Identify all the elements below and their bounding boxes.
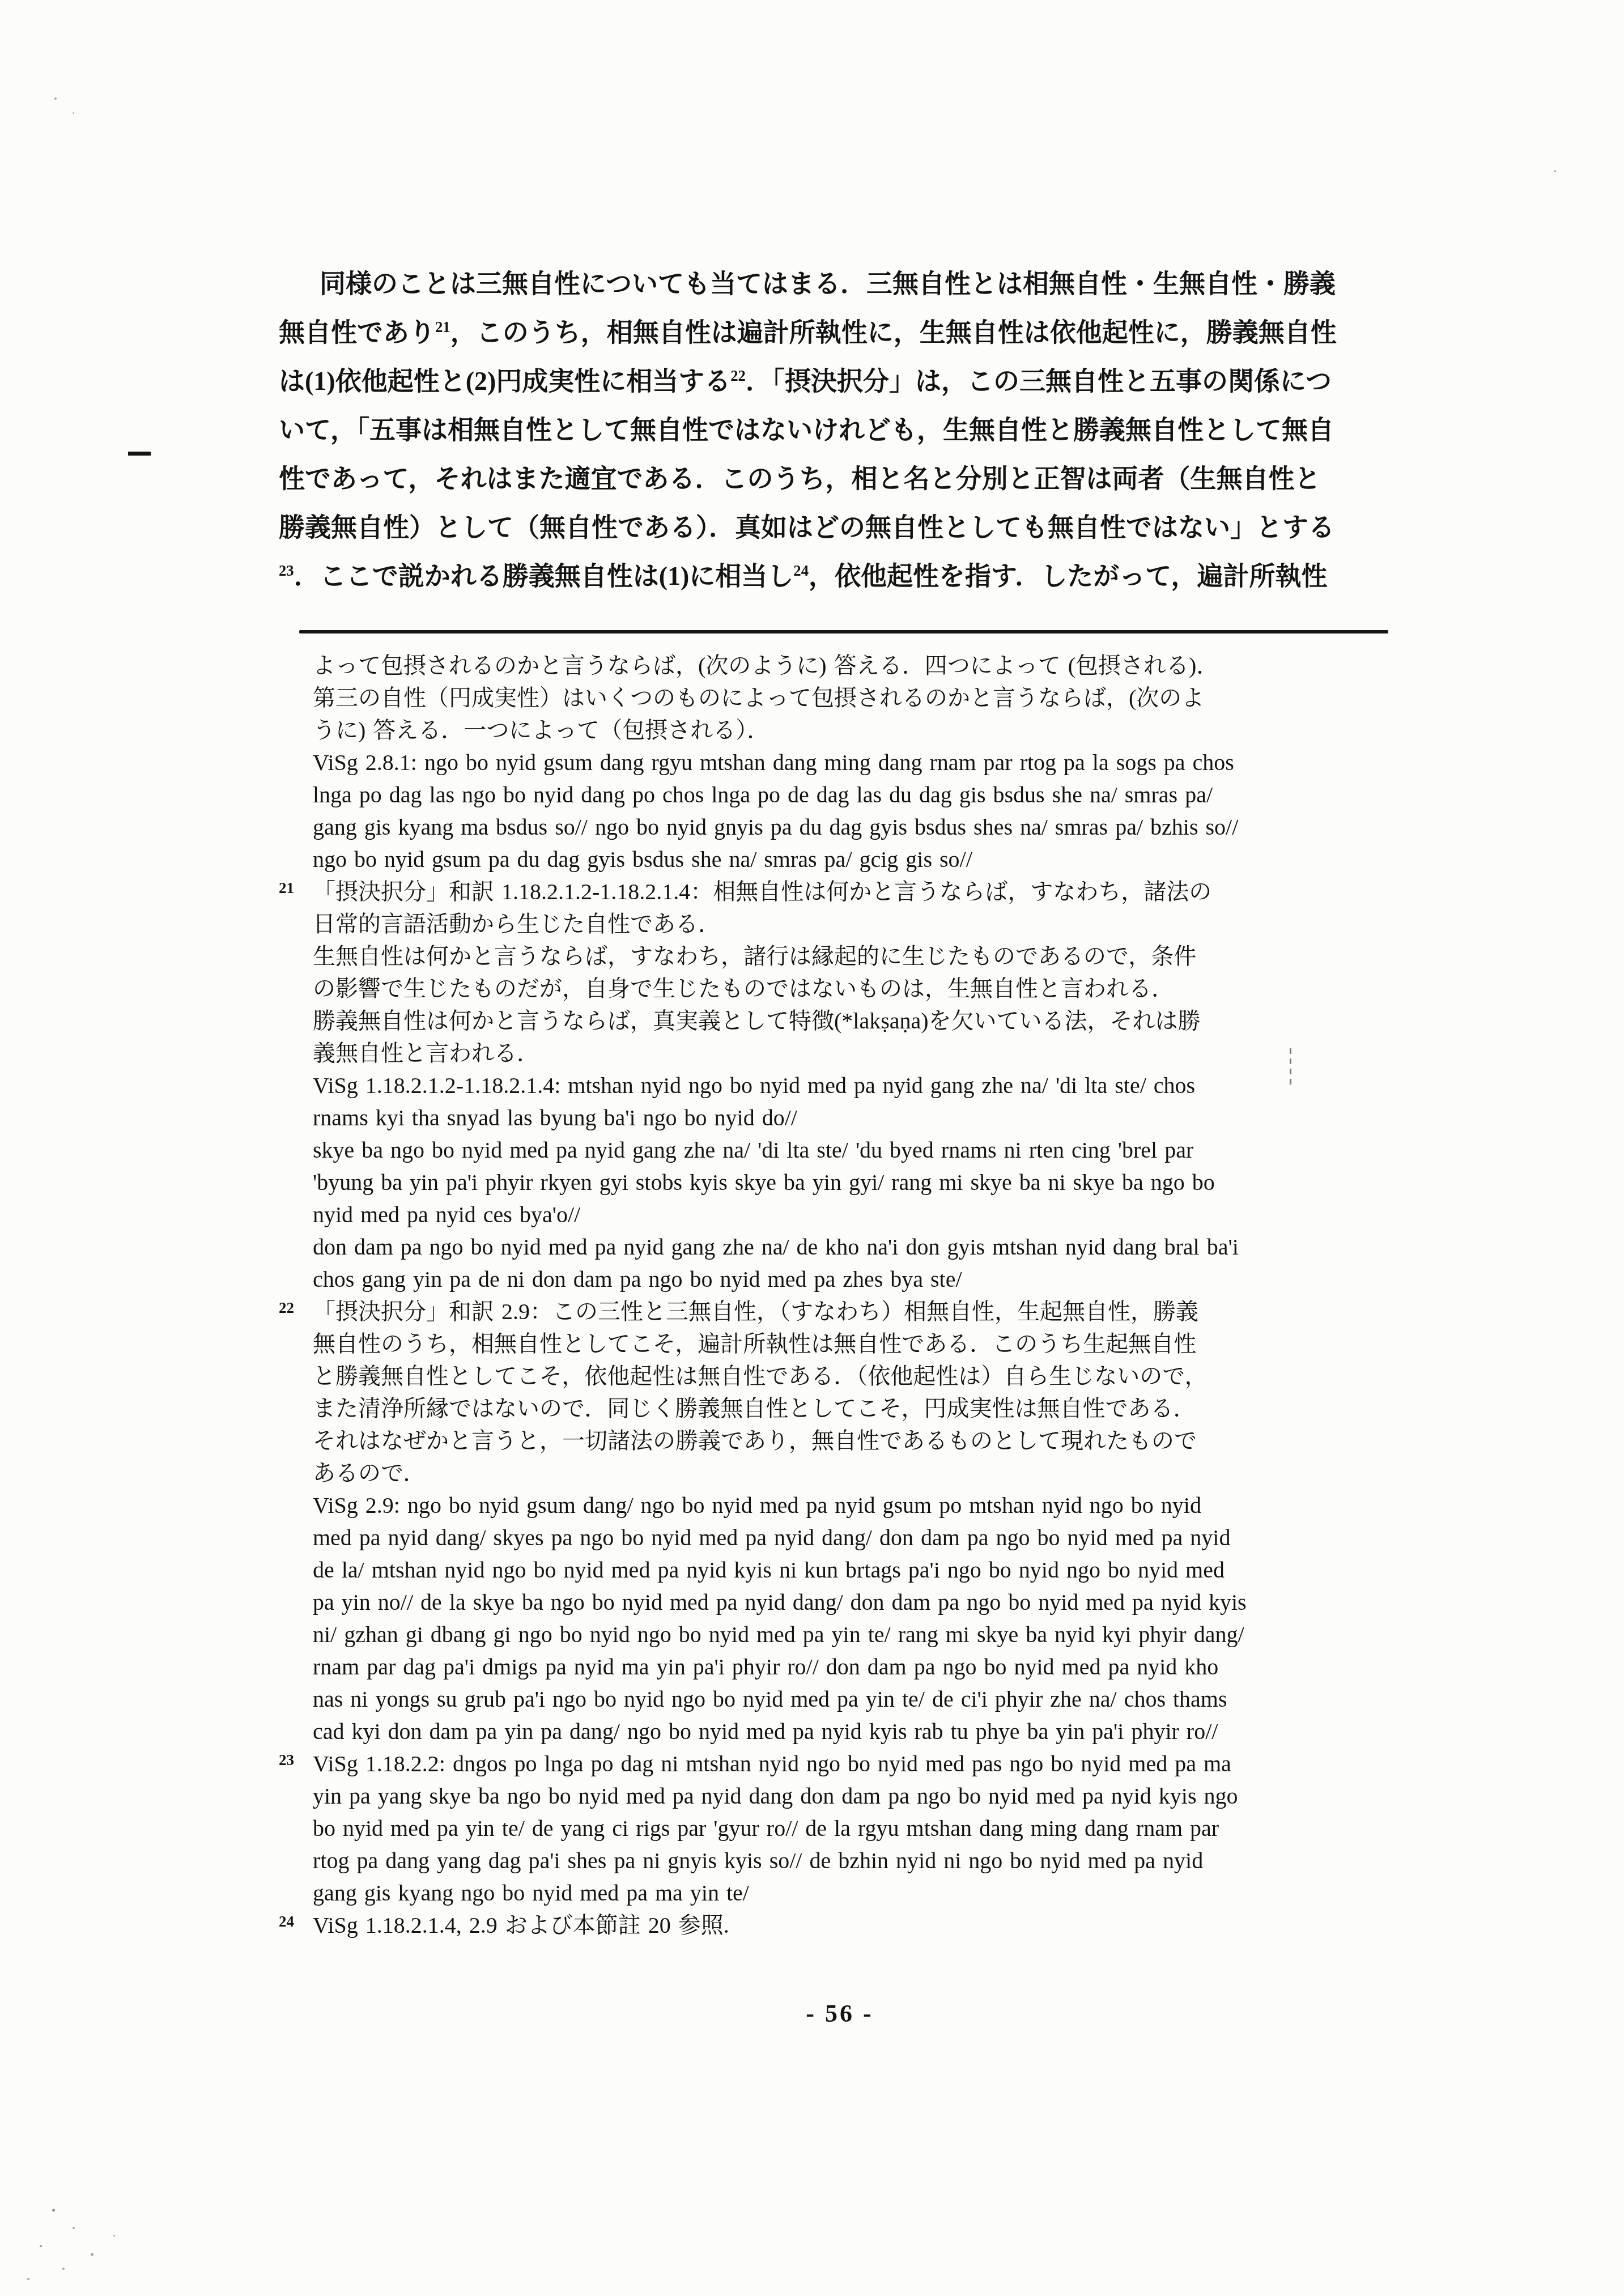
text-line: chos gang yin pa de ni don dam pa ngo bo… [313, 1263, 1412, 1295]
text-line: ViSg 2.8.1: ngo bo nyid gsum dang rgyu m… [313, 746, 1412, 779]
footnote-list: 21 「摂決択分」和訳 1.18.2.1.2-1.18.2.1.4：相無自性は何… [279, 875, 1412, 1941]
text-line: gang gis kyang ngo bo nyid med pa ma yin… [313, 1877, 1412, 1909]
text-line: 23．ここで説かれる勝義無自性は(1)に相当し24，依他起性を指す．したがって，… [279, 552, 1429, 601]
body-paragraph: 同様のことは三無自性についても当てはまる．三無自性とは相無自性・生無自性・勝義無… [279, 260, 1429, 601]
text-line: ngo bo nyid gsum pa du dag gyis bsdus sh… [313, 843, 1412, 875]
text-line: skye ba ngo bo nyid med pa nyid gang zhe… [313, 1134, 1412, 1166]
text-line: 同様のことは三無自性についても当てはまる．三無自性とは相無自性・生無自性・勝義 [279, 260, 1429, 308]
text-line: 'byung ba yin pa'i phyir rkyen gyi stobs… [313, 1166, 1412, 1198]
text-line: med pa nyid dang/ skyes pa ngo bo nyid m… [313, 1521, 1412, 1554]
footnote-text: ViSg 1.18.2.1.4, 2.9 および本節註 20 参照. [313, 1909, 1412, 1941]
text-line: 生無自性は何かと言うならば，すなわち，諸行は縁起的に生じたものであるので，条件 [313, 940, 1412, 972]
margin-mark [128, 452, 151, 456]
text-line: 日常的言語活動から生じた自性である． [313, 908, 1412, 940]
text-line: ni/ gzhan gi dbang gi ngo bo nyid ngo bo… [313, 1618, 1412, 1651]
scan-speck [73, 112, 74, 114]
text-line: rtog pa dang yang dag pa'i shes pa ni gn… [313, 1844, 1412, 1877]
footnote-separator [299, 630, 1388, 633]
footnote-number [279, 649, 313, 654]
scanned-page: 同様のことは三無自性についても当てはまる．三無自性とは相無自性・生無自性・勝義無… [0, 0, 1624, 2296]
text-line: pa yin no// de la skye ba ngo bo nyid me… [313, 1586, 1412, 1618]
footnote-item: 23 ViSg 1.18.2.2: dngos po lnga po dag n… [279, 1747, 1412, 1909]
scan-speck [40, 2245, 42, 2247]
scan-speck [62, 2268, 65, 2270]
text-line: don dam pa ngo bo nyid med pa nyid gang … [313, 1231, 1412, 1263]
text-line: rnam par dag pa'i dmigs pa nyid ma yin p… [313, 1651, 1412, 1683]
scan-speck [91, 2253, 93, 2256]
footnote-item: 21 「摂決択分」和訳 1.18.2.1.2-1.18.2.1.4：相無自性は何… [279, 875, 1412, 1295]
scan-speck [54, 97, 57, 100]
text-line: nas ni yongs su grub pa'i ngo bo nyid ng… [313, 1683, 1412, 1715]
text-line: いて，「五事は相無自性として無自性ではないけれども，生無自性と勝義無自性として無… [279, 406, 1429, 454]
text-line: 性であって，それはまた適宜である．このうち，相と名と分別と正智は両者（生無自性と [279, 454, 1429, 503]
footnote-number: 21 [279, 875, 313, 896]
footnote-number: 22 [279, 1295, 313, 1316]
text-line: と勝義無自性としてこそ，依他起性は無自性である．（依他起性は）自ら生じないので， [313, 1360, 1412, 1392]
text-line: nyid med pa nyid ces bya'o// [313, 1198, 1412, 1231]
text-line: cad kyi don dam pa yin pa dang/ ngo bo n… [313, 1715, 1412, 1747]
footnote-text: 「摂決択分」和訳 1.18.2.1.2-1.18.2.1.4：相無自性は何かと言… [313, 875, 1412, 1295]
footnote-continuation: よって包摂されるのかと言うならば，(次のように) 答える．四つによって (包摂さ… [279, 649, 1412, 875]
page-number: - 56 - [783, 1999, 896, 2028]
text-line: 「摂決択分」和訳 2.9：この三性と三無自性，（すなわち）相無自性，生起無自性，… [313, 1295, 1412, 1328]
text-line: bo nyid med pa yin te/ de yang ci rigs p… [313, 1812, 1412, 1844]
footnote-text: よって包摂されるのかと言うならば，(次のように) 答える．四つによって (包摂さ… [313, 649, 1412, 875]
footnote-item: 22 「摂決択分」和訳 2.9：この三性と三無自性，（すなわち）相無自性，生起無… [279, 1295, 1412, 1747]
footnote-number: 23 [279, 1747, 313, 1768]
text-line: 「摂決択分」和訳 1.18.2.1.2-1.18.2.1.4：相無自性は何かと言… [313, 875, 1412, 908]
footnote-text: 「摂決択分」和訳 2.9：この三性と三無自性，（すなわち）相無自性，生起無自性，… [313, 1295, 1412, 1747]
text-line: また清浄所縁ではないので．同じく勝義無自性としてこそ，円成実性は無自性である． [313, 1392, 1412, 1425]
text-line: ViSg 1.18.2.2: dngos po lnga po dag ni m… [313, 1747, 1412, 1780]
text-line: 勝義無自性は何かと言うならば，真実義として特徴(*lakṣaṇa)を欠いている法… [313, 1005, 1412, 1037]
text-line: ViSg 1.18.2.1.2-1.18.2.1.4: mtshan nyid … [313, 1069, 1412, 1102]
scan-speck [27, 2278, 29, 2280]
scan-speck [52, 2209, 55, 2212]
text-line: lnga po dag las ngo bo nyid dang po chos… [313, 779, 1412, 811]
text-line: yin pa yang skye ba ngo bo nyid med pa n… [313, 1780, 1412, 1812]
text-line: de la/ mtshan nyid ngo bo nyid med pa ny… [313, 1554, 1412, 1586]
text-line: ViSg 1.18.2.1.4, 2.9 および本節註 20 参照. [313, 1909, 1412, 1941]
text-line: それはなぜかと言うと，一切諸法の勝義であり，無自性であるものとして現れたもので [313, 1425, 1412, 1457]
text-line: 無自性のうち，相無自性としてこそ，遍計所執性は無自性である．このうち生起無自性 [313, 1328, 1412, 1360]
footnote-number: 24 [279, 1909, 313, 1929]
footnote-text: ViSg 1.18.2.2: dngos po lnga po dag ni m… [313, 1747, 1412, 1909]
text-line: うに) 答える．一つによって（包摂される）． [313, 714, 1412, 746]
scan-speck [73, 2227, 75, 2229]
text-line: あるので． [313, 1457, 1412, 1489]
text-line: の影響で生じたものだが，自身で生じたものではないものは，生無自性と言われる． [313, 972, 1412, 1005]
text-line: 義無自性と言われる． [313, 1037, 1412, 1069]
footnotes-section: よって包摂されるのかと言うならば，(次のように) 答える．四つによって (包摂さ… [279, 649, 1412, 1941]
text-line: ViSg 2.9: ngo bo nyid gsum dang/ ngo bo … [313, 1489, 1412, 1521]
text-line: よって包摂されるのかと言うならば，(次のように) 答える．四つによって (包摂さ… [313, 649, 1412, 682]
text-line: 無自性であり21，このうち，相無自性は遍計所執性に，生無自性は依他起性に，勝義無… [279, 308, 1429, 357]
scan-speck [113, 2235, 115, 2237]
text-line: 勝義無自性）として（無自性である）．真如はどの無自性としても無自性ではない」とす… [279, 503, 1429, 552]
text-line: 第三の自性（円成実性）はいくつのものによって包摂されるのかと言うならば，(次のよ [313, 682, 1412, 714]
text-line: は(1)依他起性と(2)円成実性に相当する22．「摂決択分」は，この三無自性と五… [279, 357, 1429, 406]
text-line: rnams kyi tha snyad las byung ba'i ngo b… [313, 1102, 1412, 1134]
footnote-item: 24 ViSg 1.18.2.1.4, 2.9 および本節註 20 参照. [279, 1909, 1412, 1941]
scan-speck [1554, 170, 1556, 172]
text-line: gang gis kyang ma bsdus so// ngo bo nyid… [313, 811, 1412, 843]
